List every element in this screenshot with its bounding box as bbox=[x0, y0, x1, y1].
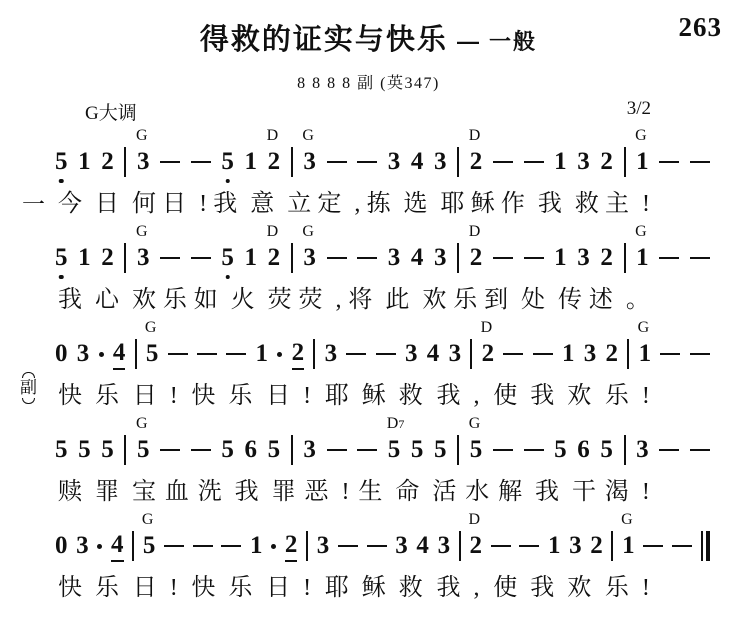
note-digit: 1G bbox=[636, 147, 649, 177]
barline bbox=[459, 531, 461, 561]
notation-line-5: 0345G1233432D1321G快乐日!快乐日!耶稣救我,使我欢乐! bbox=[0, 530, 737, 603]
chord-root: G bbox=[638, 319, 650, 336]
key-time-row: G大调 3/2 bbox=[0, 98, 737, 122]
duration-dash bbox=[659, 161, 679, 163]
duration-dash bbox=[376, 353, 396, 355]
title-row: 得救的证实与快乐— 一般 bbox=[0, 0, 737, 58]
duration-dash bbox=[193, 545, 213, 547]
note-digit: 5 bbox=[221, 243, 234, 273]
chord-label: G bbox=[136, 416, 148, 432]
note-digit: 1 bbox=[78, 147, 91, 177]
note-digit: 3 bbox=[317, 531, 330, 561]
lyric-group: 我心欢 bbox=[58, 285, 169, 315]
duration-dash bbox=[327, 449, 347, 451]
lyric-group: 快乐 bbox=[58, 573, 132, 603]
chord-label: G bbox=[635, 128, 647, 144]
barline bbox=[291, 243, 293, 273]
note-digit: 3 bbox=[569, 531, 582, 561]
duration-dash bbox=[503, 353, 523, 355]
chord-label: G bbox=[136, 224, 148, 240]
note-digit: 3G bbox=[303, 147, 316, 177]
duration-dash bbox=[197, 353, 217, 355]
note-digit: 3G bbox=[137, 243, 150, 273]
note-digit: 2 bbox=[600, 147, 613, 177]
duration-dash bbox=[357, 257, 377, 259]
lyric-group: 日! bbox=[133, 381, 191, 411]
lyrics-row: 一今日何日!我意立定,拣选耶稣作我救主! bbox=[58, 189, 650, 219]
duration-dash bbox=[690, 449, 710, 451]
barline bbox=[291, 147, 293, 177]
chord-label: G bbox=[142, 512, 154, 528]
note-digit: 3G bbox=[303, 243, 316, 273]
note-digit: 0 bbox=[55, 339, 68, 369]
notes-row: 5123G512D3G3432D1321G bbox=[55, 146, 710, 178]
augmentation-dot bbox=[99, 352, 104, 357]
notes-row: 5555G56535D7555G5653 bbox=[55, 434, 710, 466]
note-digit: 2 bbox=[292, 339, 305, 370]
duration-dash bbox=[524, 161, 544, 163]
lyric-group: 到处传 bbox=[484, 285, 595, 315]
chord-root: G bbox=[302, 223, 314, 240]
note-digit: 1 bbox=[250, 531, 263, 561]
lyric-group: 快乐 bbox=[191, 573, 265, 603]
duration-dash bbox=[690, 353, 710, 355]
lyric-group: 日! bbox=[162, 189, 220, 219]
note-digit: 5 bbox=[600, 435, 613, 465]
duration-dash bbox=[226, 353, 246, 355]
lyric-group: 耶稣救 bbox=[325, 381, 436, 411]
notation-line-4: 5555G56535D7555G5653赎罪宝血洗我罪恶!生命活水解我干渴! bbox=[0, 434, 737, 507]
note-digit: 2 bbox=[600, 243, 613, 273]
note-digit: 1 bbox=[554, 243, 567, 273]
chord-label: D7 bbox=[387, 416, 405, 432]
duration-dash bbox=[659, 449, 679, 451]
barline bbox=[291, 435, 293, 465]
note-digit: 3 bbox=[77, 339, 90, 369]
lyric-group: 日! bbox=[133, 573, 191, 603]
lyric-group: 洗我罪 bbox=[198, 477, 309, 507]
note-digit: 3 bbox=[577, 243, 590, 273]
barline bbox=[306, 531, 308, 561]
note-digit: 4 bbox=[411, 147, 424, 177]
lyric-group: 快乐 bbox=[58, 381, 132, 411]
duration-dash bbox=[524, 449, 544, 451]
duration-dash bbox=[221, 545, 241, 547]
barline bbox=[124, 147, 126, 177]
chord-label: D bbox=[468, 512, 480, 528]
note-digit: 1G bbox=[622, 531, 635, 561]
note-digit: 5 bbox=[434, 435, 447, 465]
note-digit: 3G bbox=[137, 147, 150, 177]
duration-dash bbox=[519, 545, 539, 547]
note-digit: 4 bbox=[111, 531, 124, 562]
duration-dash bbox=[338, 545, 358, 547]
chord-label: D bbox=[469, 224, 481, 240]
augmentation-dot bbox=[271, 544, 276, 549]
note-digit: 1 bbox=[554, 147, 567, 177]
chord-root: D bbox=[387, 415, 399, 432]
lyric-group: 拣选耶 bbox=[367, 189, 478, 219]
lyric-group: 耶稣救 bbox=[325, 573, 436, 603]
barline bbox=[132, 531, 134, 561]
chord-root: D bbox=[481, 319, 493, 336]
duration-dash bbox=[191, 449, 211, 451]
duration-dash bbox=[690, 257, 710, 259]
lyric-group: 血 bbox=[165, 477, 202, 507]
duration-dash bbox=[493, 449, 513, 451]
note-digit: 3 bbox=[438, 531, 451, 561]
duration-dash bbox=[672, 545, 692, 547]
duration-dash bbox=[160, 257, 180, 259]
chord-label: G bbox=[302, 224, 314, 240]
lyric-group: 渴! bbox=[605, 477, 663, 507]
lyric-group: 使我欢 bbox=[493, 573, 604, 603]
chord-label: G bbox=[145, 320, 157, 336]
lyric-group: 作我救 bbox=[501, 189, 612, 219]
note-digit: 5 bbox=[411, 435, 424, 465]
lyric-group: 述。 bbox=[589, 285, 663, 315]
duration-dash bbox=[164, 545, 184, 547]
augmentation-dot bbox=[97, 544, 102, 549]
chord-label: G bbox=[638, 320, 650, 336]
note-digit: 5 bbox=[221, 435, 234, 465]
lyric-group: 乐! bbox=[605, 381, 663, 411]
chord-root: G bbox=[635, 223, 647, 240]
barline bbox=[135, 339, 137, 369]
note-digit: 1 bbox=[245, 147, 258, 177]
chord-root: G bbox=[136, 223, 148, 240]
lyric-group: 荧, bbox=[299, 285, 355, 315]
barline bbox=[470, 339, 472, 369]
note-digit: 5 bbox=[55, 147, 68, 177]
note-digit: 5 bbox=[55, 243, 68, 273]
lyric-group: 赎罪宝 bbox=[58, 477, 169, 507]
duration-dash bbox=[327, 161, 347, 163]
note-digit: 5G bbox=[143, 531, 156, 561]
note-digit: 1 bbox=[245, 243, 258, 273]
note-digit: 1G bbox=[639, 339, 652, 369]
note-digit: 1 bbox=[548, 531, 561, 561]
barline bbox=[457, 147, 459, 177]
chord-root: G bbox=[142, 511, 154, 528]
duration-dash bbox=[491, 545, 511, 547]
lyric-group: 生命活 bbox=[358, 477, 469, 507]
chord-label: G bbox=[302, 128, 314, 144]
note-digit: 3 bbox=[405, 339, 418, 369]
note-digit: 6 bbox=[245, 435, 258, 465]
key-signature: G大调 bbox=[85, 98, 137, 125]
lyric-group: 将此欢 bbox=[348, 285, 459, 315]
barline bbox=[624, 435, 626, 465]
lyric-group: 乐! bbox=[605, 573, 663, 603]
duration-dash bbox=[327, 257, 347, 259]
note-digit: 5 bbox=[78, 435, 91, 465]
note-digit: 2D bbox=[470, 147, 483, 177]
duration-dash bbox=[191, 161, 211, 163]
lyric-group: 水 bbox=[465, 477, 502, 507]
lyric-group: 解我干 bbox=[498, 477, 609, 507]
chord-root: G bbox=[621, 511, 633, 528]
note-digit: 4 bbox=[113, 339, 126, 370]
chord-label: D bbox=[469, 128, 481, 144]
chord-root: G bbox=[145, 319, 157, 336]
chorus-marker: 副 bbox=[20, 372, 37, 404]
chord-root: G bbox=[136, 127, 148, 144]
hymn-number: 263 bbox=[679, 12, 723, 43]
lyric-group: 如火荧 bbox=[194, 285, 305, 315]
note-digit: 3 bbox=[577, 147, 590, 177]
chord-root: G bbox=[136, 415, 148, 432]
barline bbox=[457, 243, 459, 273]
note-digit: 3 bbox=[388, 243, 401, 273]
lyric-group: 我, bbox=[437, 381, 493, 411]
duration-dash bbox=[493, 161, 513, 163]
note-digit: 1 bbox=[256, 339, 269, 369]
verse-number: 一 bbox=[22, 190, 45, 220]
note-digit: 1G bbox=[636, 243, 649, 273]
note-digit: 3 bbox=[449, 339, 462, 369]
note-digit: 6 bbox=[577, 435, 590, 465]
notation-area: 5123G512D3G3432D1321G一今日何日!我意立定,拣选耶稣作我救主… bbox=[0, 122, 737, 603]
lyric-group: 恶! bbox=[305, 477, 363, 507]
note-digit: 1 bbox=[562, 339, 575, 369]
lyric-group: 日! bbox=[266, 381, 324, 411]
chord-root: D bbox=[267, 127, 279, 144]
note-digit: 3 bbox=[325, 339, 338, 369]
final-barline bbox=[701, 531, 710, 561]
bracket-bottom bbox=[22, 398, 35, 404]
note-digit: 2 bbox=[590, 531, 603, 561]
note-digit: 4 bbox=[427, 339, 440, 369]
title-category: — 一般 bbox=[457, 29, 537, 54]
note-digit: 5G bbox=[137, 435, 150, 465]
duration-dash bbox=[191, 257, 211, 259]
note-digit: 4 bbox=[416, 531, 429, 561]
lyric-group: 主! bbox=[605, 189, 663, 219]
chord-label: G bbox=[469, 416, 481, 432]
chord-label: G bbox=[635, 224, 647, 240]
meter-info: 8 8 8 8 副 (英347) bbox=[0, 70, 737, 93]
notes-row: 0345G1233432D1321G bbox=[55, 530, 710, 562]
duration-dash bbox=[660, 353, 680, 355]
duration-dash bbox=[160, 449, 180, 451]
duration-dash bbox=[367, 545, 387, 547]
note-digit: 5 bbox=[221, 147, 234, 177]
note-digit: 2D bbox=[268, 243, 281, 273]
notes-row: 0345G1233432D1321G bbox=[55, 338, 710, 370]
notation-line-3: 0345G1233432D1321G副快乐日!快乐日!耶稣救我,使我欢乐! bbox=[0, 338, 737, 411]
note-digit: 1 bbox=[78, 243, 91, 273]
note-digit: 5G bbox=[146, 339, 159, 369]
barline bbox=[624, 243, 626, 273]
lyric-group: 日! bbox=[266, 573, 324, 603]
chord-root: G bbox=[635, 127, 647, 144]
note-digit: 5 bbox=[55, 435, 68, 465]
chord-label: G bbox=[621, 512, 633, 528]
note-digit: 0 bbox=[55, 531, 68, 561]
chord-root: D bbox=[469, 127, 481, 144]
lyrics-row: 我心欢乐如火荧荧,将此欢乐到处传述。 bbox=[58, 285, 650, 315]
note-digit: 3 bbox=[76, 531, 89, 561]
barline bbox=[627, 339, 629, 369]
time-signature: 3/2 bbox=[627, 98, 651, 120]
note-digit: 5 bbox=[554, 435, 567, 465]
hymn-sheet-page: 263 得救的证实与快乐— 一般 8 8 8 8 副 (英347) G大调 3/… bbox=[0, 0, 737, 638]
chord-root: D bbox=[469, 223, 481, 240]
duration-dash bbox=[643, 545, 663, 547]
note-digit: 3 bbox=[584, 339, 597, 369]
lyrics-row: 赎罪宝血洗我罪恶!生命活水解我干渴! bbox=[58, 477, 650, 507]
note-digit: 3 bbox=[434, 147, 447, 177]
notation-line-1: 5123G512D3G3432D1321G一今日何日!我意立定,拣选耶稣作我救主… bbox=[0, 146, 737, 219]
duration-dash bbox=[160, 161, 180, 163]
duration-dash bbox=[659, 257, 679, 259]
chord-label: D bbox=[481, 320, 493, 336]
duration-dash bbox=[690, 161, 710, 163]
lyric-group: 我, bbox=[437, 573, 493, 603]
note-digit: 2 bbox=[285, 531, 298, 562]
chord-quality: 7 bbox=[398, 417, 404, 431]
chord-root: G bbox=[469, 415, 481, 432]
note-digit: 2D bbox=[268, 147, 281, 177]
augmentation-dot bbox=[277, 352, 282, 357]
chord-root: D bbox=[267, 223, 279, 240]
chord-label: G bbox=[136, 128, 148, 144]
duration-dash bbox=[346, 353, 366, 355]
note-digit: 5G bbox=[470, 435, 483, 465]
duration-dash bbox=[357, 161, 377, 163]
lyrics-row: 副快乐日!快乐日!耶稣救我,使我欢乐! bbox=[58, 381, 650, 411]
chord-root: D bbox=[468, 511, 480, 528]
barline bbox=[624, 147, 626, 177]
lyric-group: 定, bbox=[317, 189, 373, 219]
note-digit: 2D bbox=[469, 531, 482, 561]
page-title: 得救的证实与快乐 bbox=[200, 24, 448, 56]
note-digit: 5D7 bbox=[388, 435, 401, 465]
barline bbox=[124, 435, 126, 465]
note-digit: 2 bbox=[101, 243, 114, 273]
notes-row: 5123G512D3G3432D1321G bbox=[55, 242, 710, 274]
note-digit: 5 bbox=[101, 435, 114, 465]
notation-line-2: 5123G512D3G3432D1321G我心欢乐如火荧荧,将此欢乐到处传述。 bbox=[0, 242, 737, 315]
chorus-label: 副 bbox=[20, 379, 37, 397]
barline bbox=[457, 435, 459, 465]
lyric-group: 使我欢 bbox=[493, 381, 604, 411]
note-digit: 3 bbox=[388, 147, 401, 177]
chord-label: D bbox=[267, 128, 279, 144]
barline bbox=[124, 243, 126, 273]
duration-dash bbox=[168, 353, 188, 355]
note-digit: 2D bbox=[482, 339, 495, 369]
lyrics-row: 快乐日!快乐日!耶稣救我,使我欢乐! bbox=[58, 573, 650, 603]
note-digit: 2D bbox=[470, 243, 483, 273]
barline bbox=[611, 531, 613, 561]
duration-dash bbox=[493, 257, 513, 259]
note-digit: 2 bbox=[606, 339, 619, 369]
duration-dash bbox=[357, 449, 377, 451]
note-digit: 5 bbox=[268, 435, 281, 465]
note-digit: 3 bbox=[395, 531, 408, 561]
barline bbox=[313, 339, 315, 369]
lyric-group: 我意立 bbox=[213, 189, 324, 219]
note-digit: 4 bbox=[411, 243, 424, 273]
lyric-group: 今日何 bbox=[58, 189, 169, 219]
note-digit: 3 bbox=[636, 435, 649, 465]
note-digit: 2 bbox=[101, 147, 114, 177]
duration-dash bbox=[533, 353, 553, 355]
lyric-group: 快乐 bbox=[191, 381, 265, 411]
note-digit: 3 bbox=[303, 435, 316, 465]
chord-label: D bbox=[267, 224, 279, 240]
note-digit: 3 bbox=[434, 243, 447, 273]
duration-dash bbox=[524, 257, 544, 259]
chord-root: G bbox=[302, 127, 314, 144]
